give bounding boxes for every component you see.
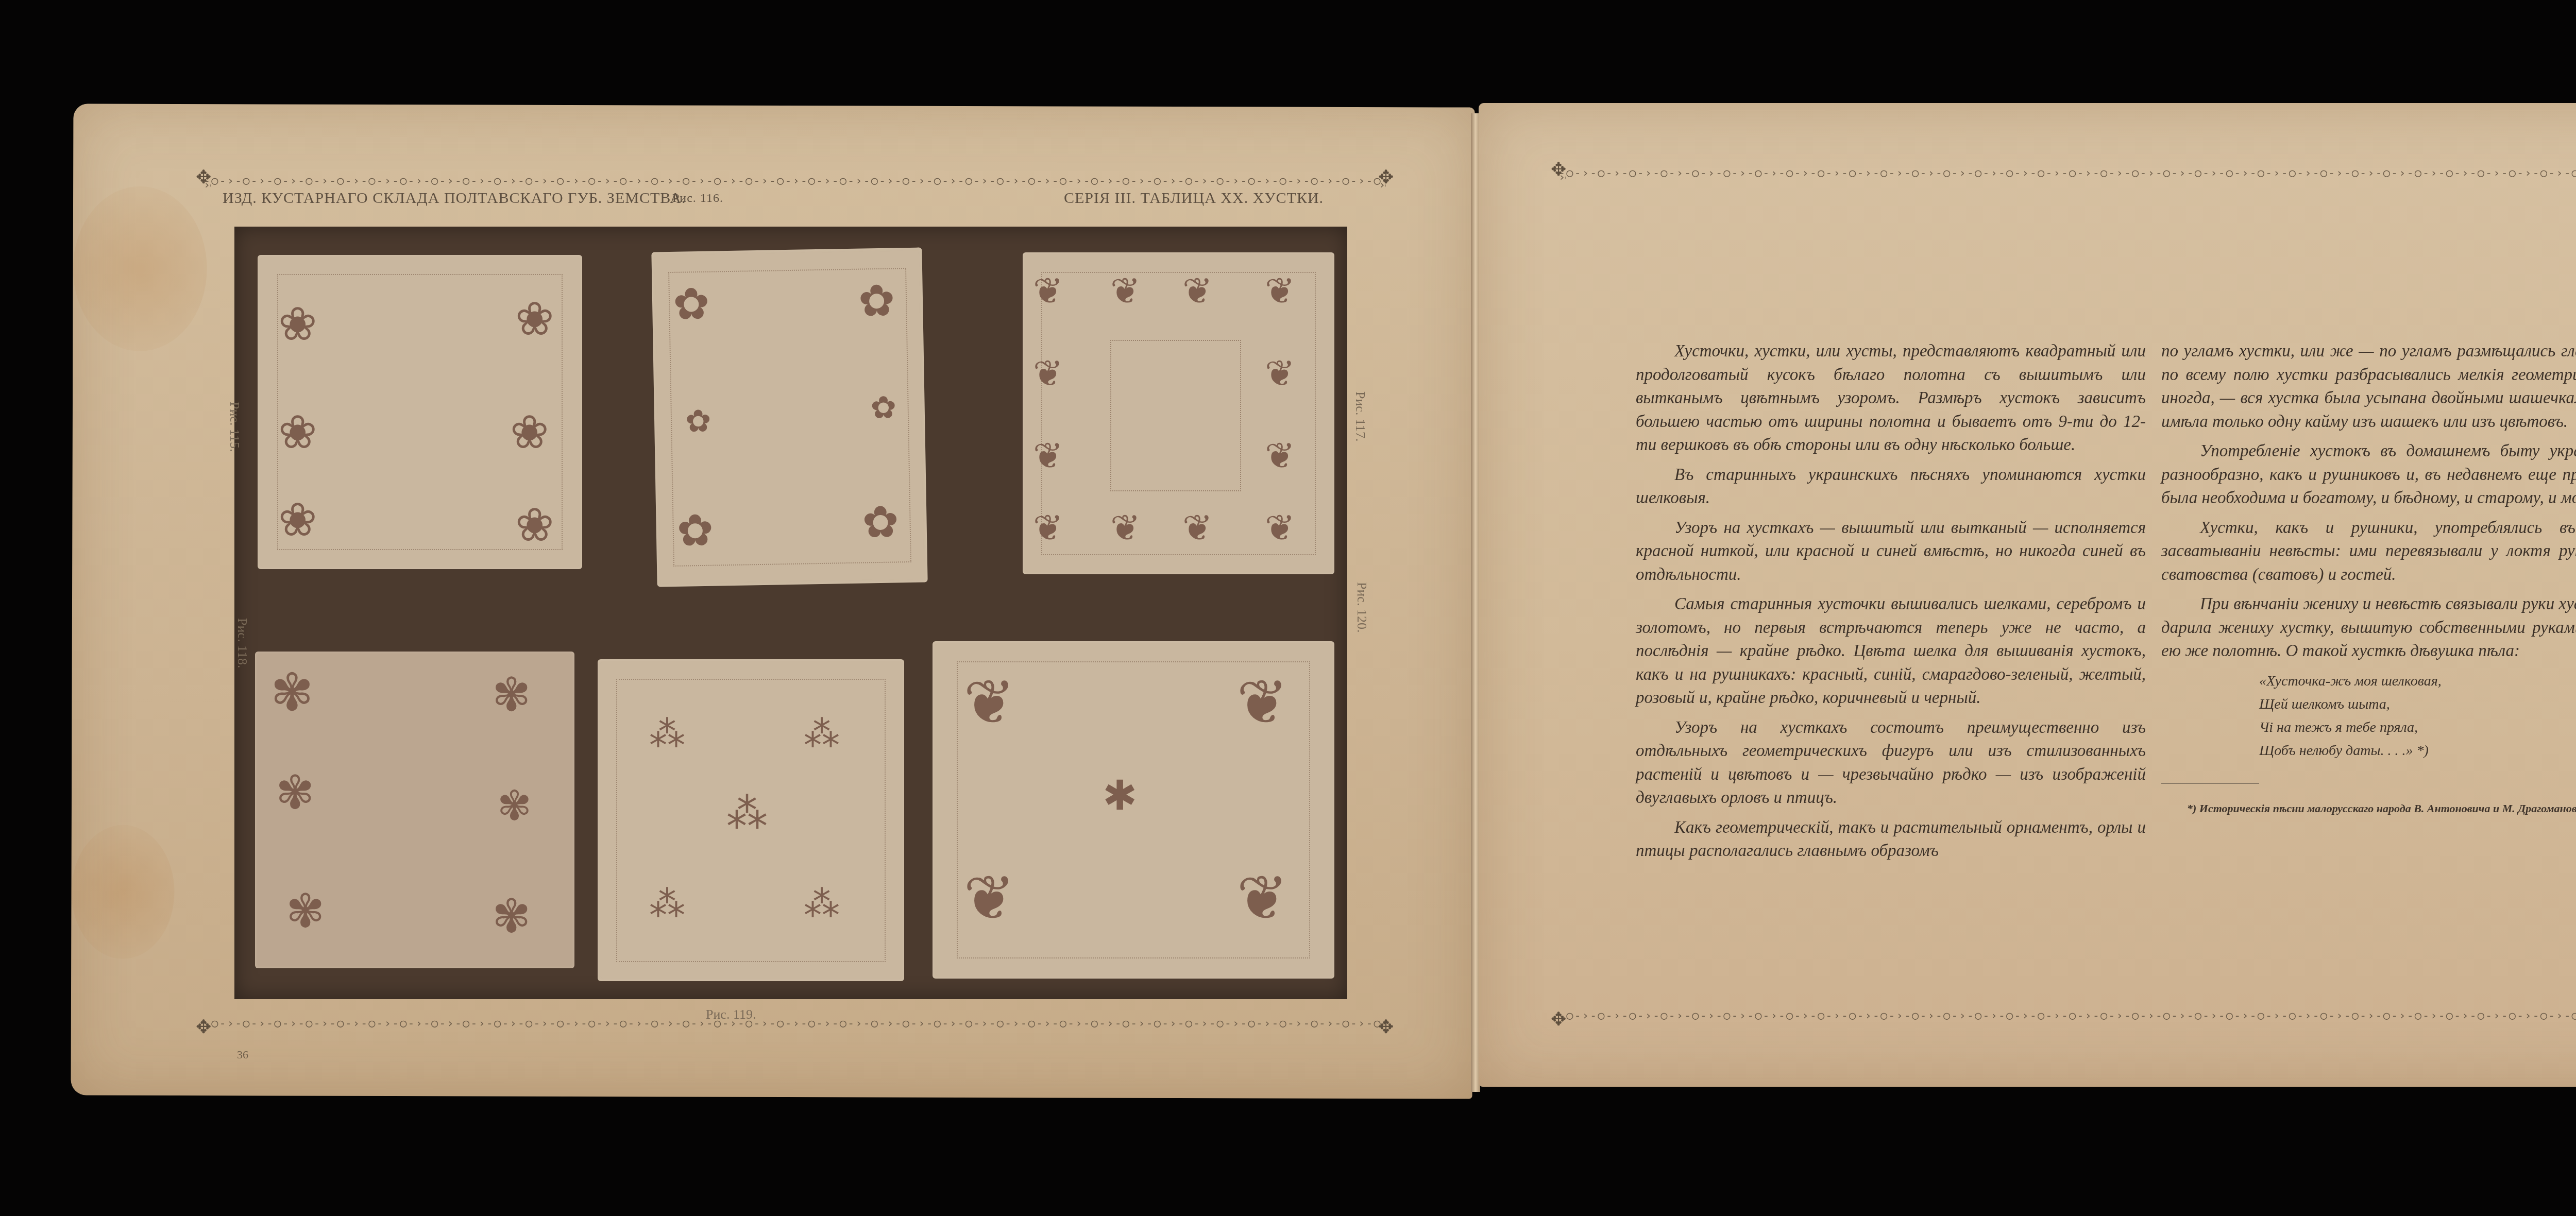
leaf-motif-icon: ❦ [1265, 510, 1295, 546]
flower-motif-icon: ✾ [270, 667, 314, 718]
leaf-motif-icon: ❦ [1265, 355, 1295, 391]
corner-ornament-icon: ✥ [1548, 160, 1569, 180]
corner-ornament-icon: ✥ [1376, 1017, 1396, 1038]
handkerchief-119: ⁂ ⁂ ⁂ ⁂ ⁂ [598, 659, 904, 981]
corner-ornament-icon: ✥ [193, 167, 214, 188]
footnote-divider [2161, 783, 2259, 784]
flower-motif-icon: ❀ [515, 296, 554, 342]
paragraph: При вѣнчаніи жениху и невѣстѣ связывали … [2161, 593, 2576, 663]
handkerchief-115: ❀ ❀ ❀ ❀ ❀ ❀ [258, 255, 582, 569]
star-motif-icon: ✱ [1103, 775, 1137, 816]
branch-motif-icon: ❦ [1236, 672, 1289, 734]
poem-line: Щобъ нелюбу даты. . . .» *) [2259, 739, 2576, 762]
border-bottom: -○-›-○-›-○-›-○-›-○-›-○-›-○-›-○-›-○-›-○-›… [1558, 1013, 2576, 1020]
flower-motif-icon: ❀ [278, 409, 317, 456]
handkerchief-118: ✾ ✾ ✾ ✾ ✾ ✾ [255, 652, 574, 968]
branch-motif-icon: ❦ [1236, 868, 1289, 930]
paragraph: Хустки, какъ и рушники, употреблялись въ… [2161, 517, 2576, 587]
leaf-motif-icon: ❦ [1033, 438, 1063, 474]
flower-motif-icon: ❀ [515, 502, 554, 549]
photo-plate: ❀ ❀ ❀ ❀ ❀ ❀ ✿ ✿ ✿ ✿ ✿ ✿ ❦ ❦ ❦ ❦ ❦ ❦ ❦ ❦ … [234, 227, 1347, 999]
figure-label-120: Рис. 120. [1354, 582, 1369, 632]
flower-motif-icon: ✿ [858, 279, 895, 323]
flower-motif-icon: ❀ [278, 301, 317, 348]
flower-motif-icon: ❀ [510, 409, 549, 456]
flower-motif-icon: ✿ [672, 282, 710, 327]
border-left: ›○›○›○›○›○›○›○›○›○›○›○›○›○›○›○›○›○›○›○›○… [204, 178, 211, 1027]
corner-ornament-icon: ✥ [1548, 1009, 1569, 1030]
poem-quote: «Хусточка-жъ моя шелковая, Щей шелкомъ ш… [2259, 670, 2576, 762]
footnote: *) Историческія пѣсни малорусскаго народ… [2161, 798, 2576, 819]
publisher-header: ИЗД. КУСТАРНАГО СКЛАДА ПОЛТАВСКАГО ГУБ. … [223, 190, 686, 207]
paragraph: по угламъ хустки, или же — по угламъ раз… [2161, 340, 2576, 434]
paper-stain [73, 186, 207, 351]
text-column-left: Хусточки, хустки, или хусты, представляю… [1636, 340, 2146, 869]
paragraph: Какъ геометрическій, такъ и растительный… [1636, 816, 2146, 863]
handkerchief-117: ❦ ❦ ❦ ❦ ❦ ❦ ❦ ❦ ❦ ❦ ❦ ❦ [1023, 252, 1334, 574]
handkerchief-120: ❦ ❦ ✱ ❦ ❦ [933, 641, 1334, 979]
handkerchief-116: ✿ ✿ ✿ ✿ ✿ ✿ [651, 247, 927, 587]
flower-motif-icon: ✾ [276, 770, 314, 816]
flower-motif-icon: ✿ [870, 392, 896, 423]
leaf-motif-icon: ❦ [1033, 355, 1063, 391]
leaf-motif-icon: ❦ [1033, 510, 1063, 546]
paragraph: Употребленіе хустокъ въ домашнемъ быту у… [2161, 440, 2576, 510]
border-top: -○-›-○-›-○-›-○-›-○-›-○-›-○-›-○-›-○-›-○-›… [204, 178, 1386, 185]
dot-motif-icon: ⁂ [649, 716, 685, 752]
poem-line: Щей шелкомъ шыта, [2259, 693, 2576, 716]
center-panel [1110, 340, 1241, 491]
leaf-motif-icon: ❦ [1033, 273, 1063, 309]
leaf-motif-icon: ❦ [1265, 273, 1295, 309]
flower-motif-icon: ✿ [862, 500, 900, 544]
leaf-motif-icon: ❦ [1182, 273, 1213, 309]
flower-motif-icon: ✾ [286, 888, 325, 935]
paragraph: Узоръ на хусткахъ состоитъ преимуществен… [1636, 716, 2146, 810]
border-left: ›○›○›○›○›○›○›○›○›○›○›○›○›○›○›○›○›○›○›○›○… [1558, 170, 1566, 1020]
corner-ornament-icon: ✥ [1376, 167, 1396, 188]
leaf-motif-icon: ❦ [1110, 273, 1141, 309]
paragraph: Хусточки, хустки, или хусты, представляю… [1636, 340, 2146, 457]
dot-motif-icon: ⁂ [804, 886, 840, 922]
figure-label-115: Рис. 115. [227, 402, 242, 452]
dot-motif-icon: ⁂ [804, 716, 840, 752]
left-page-number: 36 [237, 1048, 248, 1061]
figure-label-118: Рис. 118. [234, 618, 250, 668]
branch-motif-icon: ❦ [963, 868, 1015, 930]
series-header: СЕРІЯ III. ТАБЛИЦА XX. ХУСТКИ. [1064, 190, 1324, 207]
border-bottom: -○-›-○-›-○-›-○-›-○-›-○-›-○-›-○-›-○-›-○-›… [204, 1020, 1386, 1027]
branch-motif-icon: ❦ [963, 672, 1015, 734]
leaf-motif-icon: ❦ [1110, 510, 1141, 546]
paragraph: Узоръ на хусткахъ — вышитый или вытканый… [1636, 517, 2146, 587]
corner-ornament-icon: ✥ [193, 1017, 214, 1038]
flower-motif-icon: ✿ [685, 406, 711, 437]
border-top: -○-›-○-›-○-›-○-›-○-›-○-›-○-›-○-›-○-›-○-›… [1558, 170, 2576, 177]
poem-line: Чі на тежъ я тебе пряла, [2259, 716, 2576, 739]
dot-motif-icon: ⁂ [726, 793, 768, 834]
flower-motif-icon: ✾ [492, 672, 531, 718]
paper-stain [71, 825, 175, 959]
figure-label-117: Рис. 117. [1352, 391, 1368, 441]
figure-label-119: Рис. 119. [706, 1007, 756, 1022]
border-right: ›○›○›○›○›○›○›○›○›○›○›○›○›○›○›○›○›○›○›○›○… [1379, 178, 1386, 1027]
paragraph: Въ старинныхъ украинскихъ пѣсняхъ упомин… [1636, 464, 2146, 510]
flower-motif-icon: ❀ [278, 497, 317, 543]
dot-motif-icon: ⁂ [649, 886, 685, 922]
text-column-right: по угламъ хустки, или же — по угламъ раз… [2161, 340, 2576, 819]
figure-ref-header: Рис. 116. [672, 192, 723, 205]
leaf-motif-icon: ❦ [1182, 510, 1213, 546]
flower-motif-icon: ✿ [676, 509, 714, 553]
leaf-motif-icon: ❦ [1265, 438, 1295, 474]
paragraph: Самыя старинныя хусточки вышивались шелк… [1636, 593, 2146, 710]
poem-line: «Хусточка-жъ моя шелковая, [2259, 670, 2576, 693]
flower-motif-icon: ✾ [492, 894, 531, 940]
flower-motif-icon: ✾ [497, 785, 532, 827]
